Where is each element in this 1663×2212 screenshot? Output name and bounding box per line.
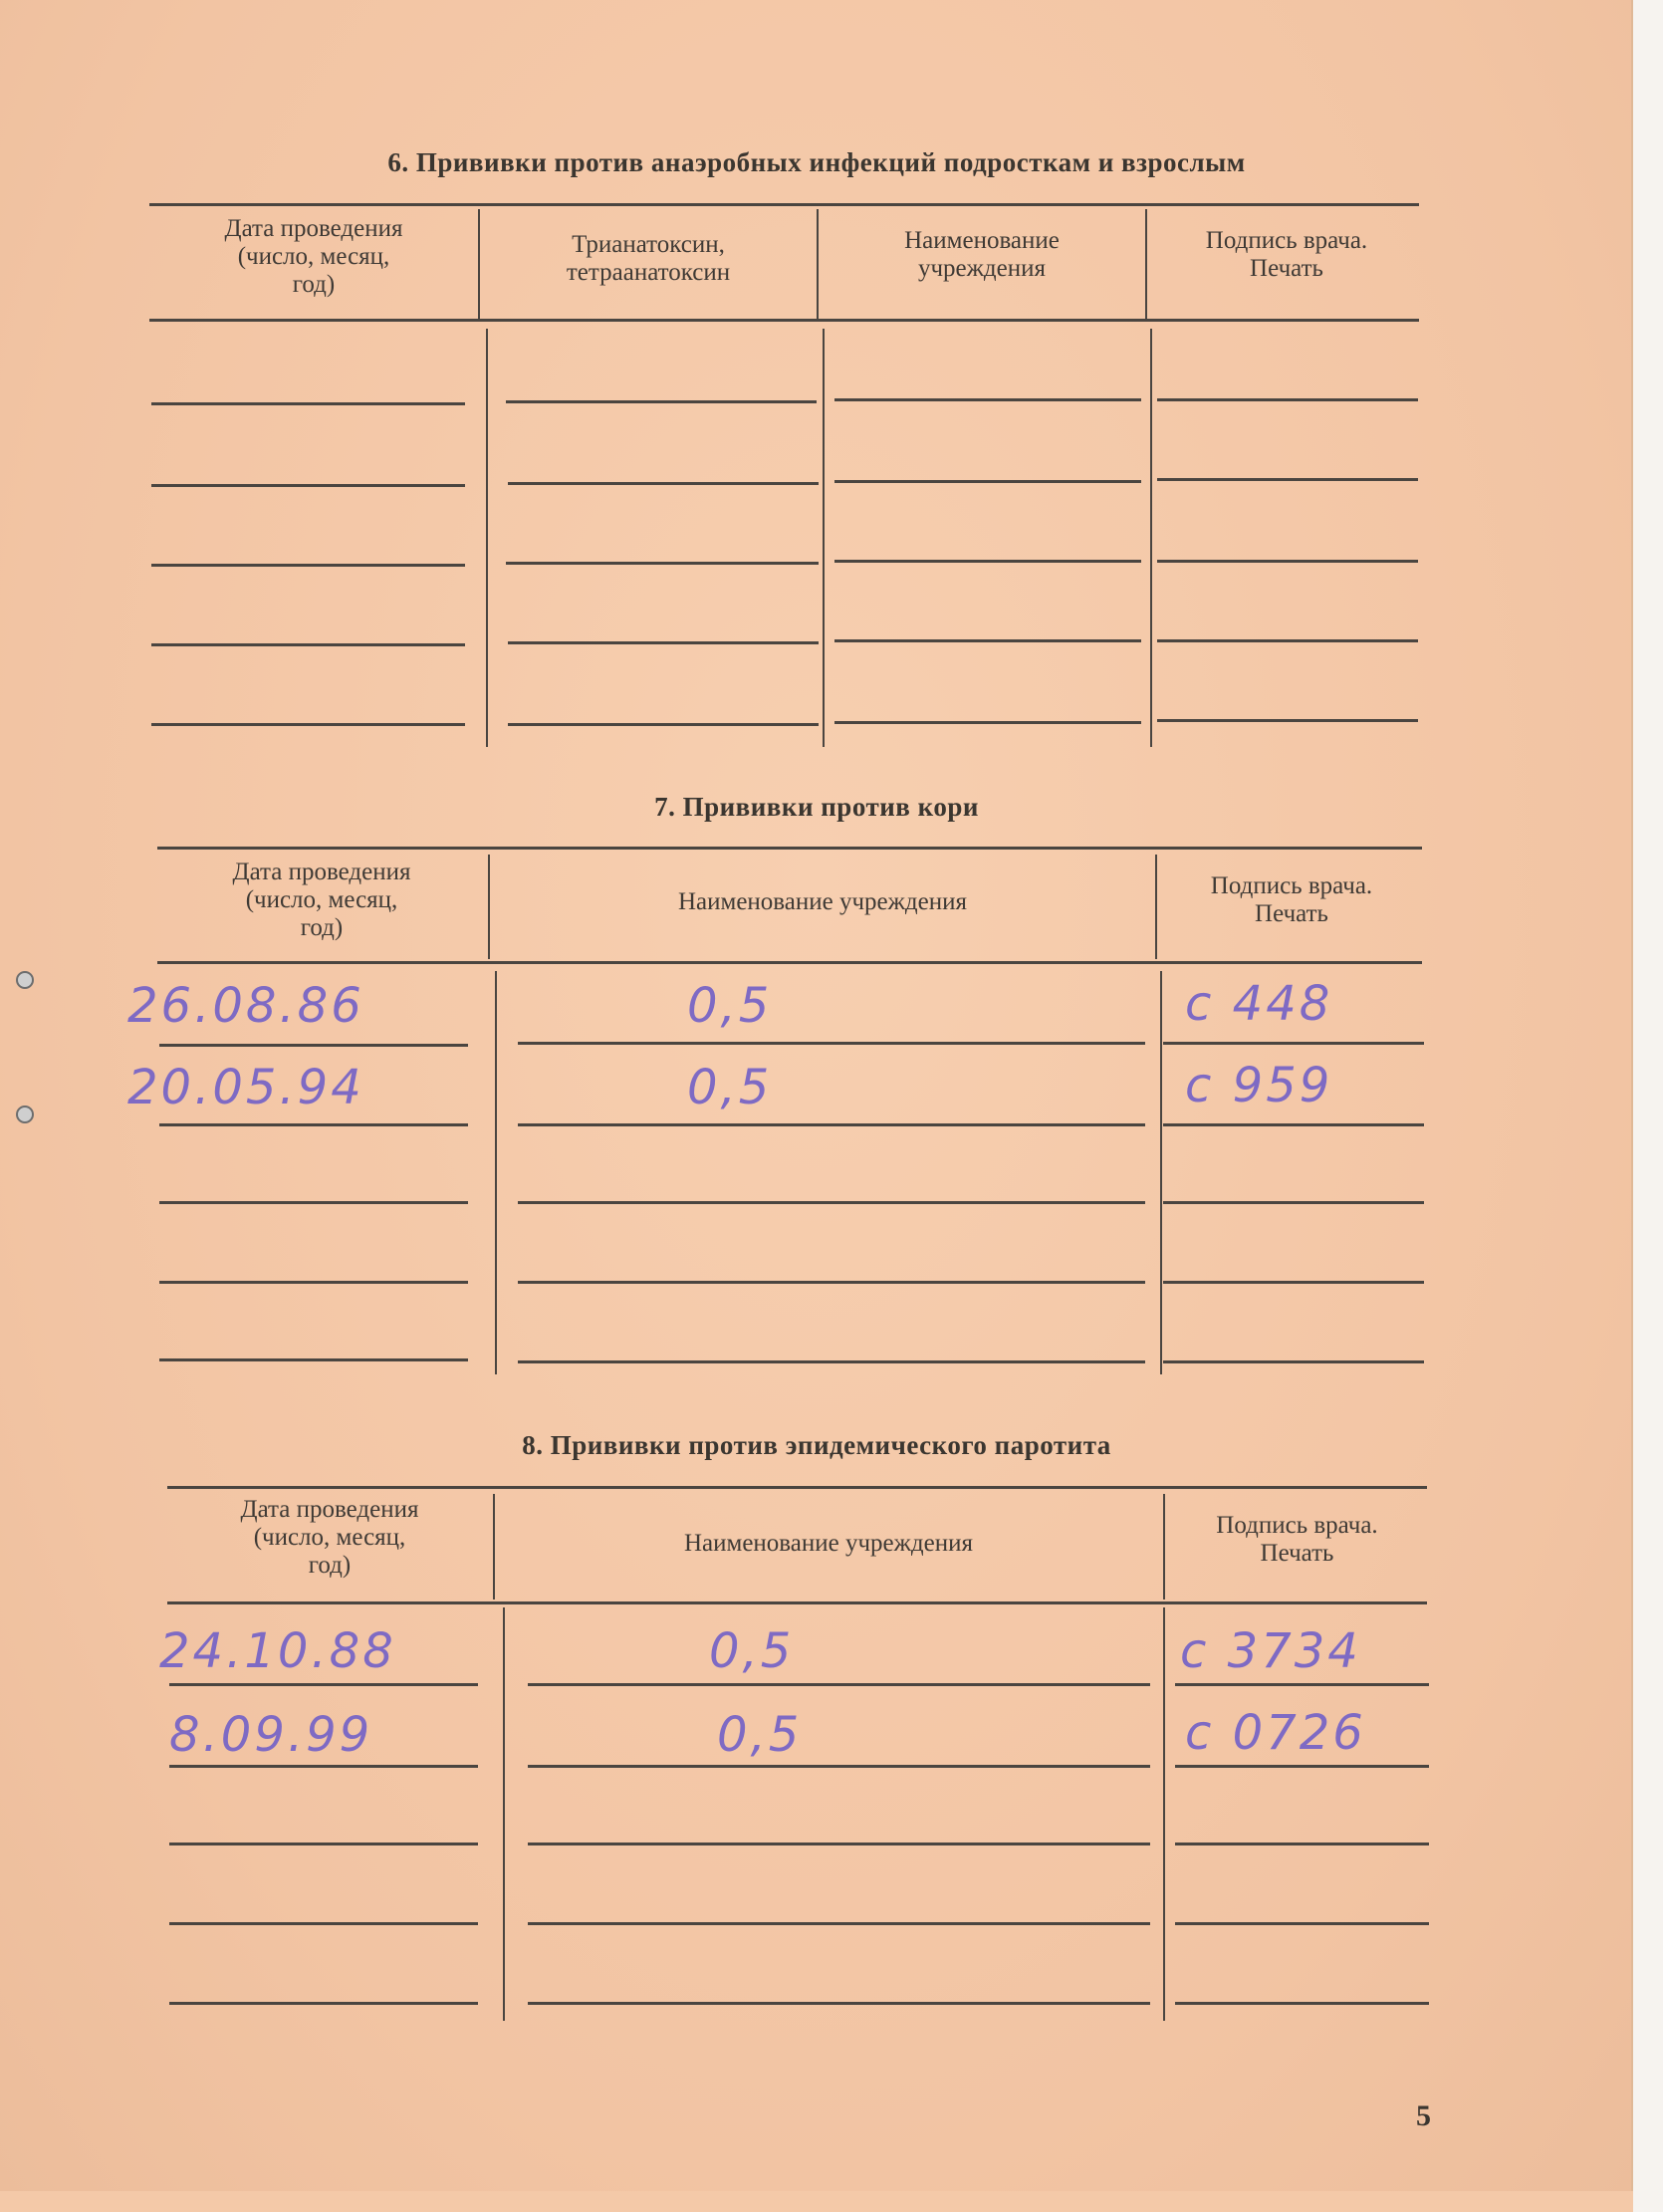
- signature-cell: с 3734: [1180, 1623, 1361, 1679]
- col-header-signature: Подпись врача.Печать: [1147, 227, 1426, 283]
- date-cell: 26.08.86: [127, 978, 364, 1034]
- signature-cell: с 0726: [1185, 1705, 1366, 1761]
- date-cell: 8.09.99: [169, 1707, 372, 1763]
- col-header-signature: Подпись врача.Печать: [1157, 872, 1426, 928]
- signature-cell: с 448: [1185, 976, 1332, 1032]
- col-header-institution: Наименование учреждения: [490, 888, 1155, 916]
- col-header-toxoid: Трианатоксин,тетраанатоксин: [480, 231, 817, 287]
- col-header-signature: Подпись врача.Печать: [1165, 1512, 1429, 1568]
- col-header-date: Дата проведения(число, месяц,год): [149, 215, 478, 299]
- date-cell: 24.10.88: [159, 1623, 396, 1679]
- section-7-title: 7. Прививки против кори: [0, 792, 1633, 823]
- staple: [16, 971, 34, 989]
- institution-cell: 0,5: [687, 978, 772, 1034]
- scan-background-edge: [1633, 0, 1663, 2212]
- section-6-title: 6. Прививки против анаэробных инфекций п…: [0, 147, 1633, 178]
- col-header-date: Дата проведения(число, месяц,год): [167, 1496, 492, 1580]
- institution-cell: 0,5: [687, 1060, 772, 1115]
- institution-cell: 0,5: [709, 1623, 794, 1679]
- date-cell: 20.05.94: [127, 1060, 364, 1115]
- staple: [16, 1106, 34, 1123]
- col-header-institution: Наименованиеучреждения: [819, 227, 1145, 283]
- col-header-date: Дата проведения(число, месяц,год): [157, 859, 486, 942]
- institution-cell: 0,5: [717, 1707, 802, 1763]
- signature-cell: с 959: [1185, 1058, 1332, 1113]
- section-8-title: 8. Прививки против эпидемического пароти…: [0, 1430, 1633, 1461]
- page-number: 5: [1416, 2099, 1431, 2133]
- document-page: 6. Прививки против анаэробных инфекций п…: [0, 0, 1633, 2191]
- col-header-institution: Наименование учреждения: [495, 1530, 1162, 1558]
